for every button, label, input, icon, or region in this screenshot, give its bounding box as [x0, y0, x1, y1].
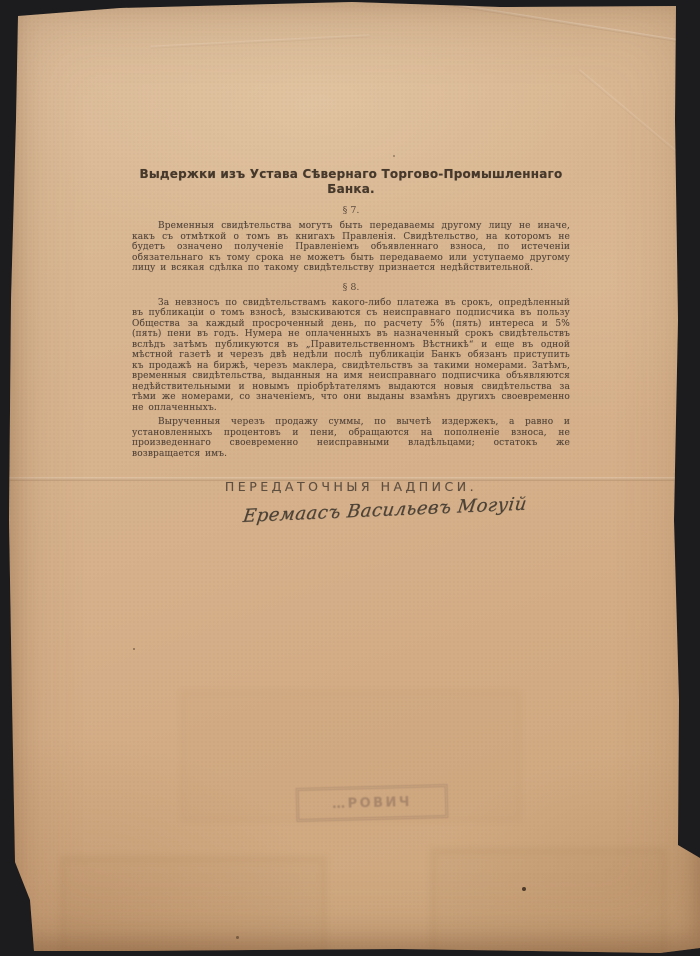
bleed-through-ghost-right	[430, 848, 667, 956]
printed-text-block: Выдержки изъ Устава Сѣвернаго Торгово-Пр…	[132, 167, 570, 494]
top-right-crease	[431, 0, 700, 47]
document-title: Выдержки изъ Устава Сѣвернаго Торгово-Пр…	[132, 167, 570, 197]
section-8-marker: § 8.	[132, 282, 570, 293]
section-7-marker: § 7.	[132, 205, 570, 216]
scan-background: Выдержки изъ Устава Сѣвернаго Торгово-Пр…	[0, 0, 700, 956]
faded-ink-stamp: …РОВИЧ	[296, 784, 449, 822]
section-7-text: Временныя свидѣтельства могутъ быть пере…	[132, 221, 570, 274]
section-8-paragraph-2: Вырученныя черезъ продажу суммы, по выче…	[132, 417, 570, 459]
ink-speck	[133, 648, 135, 650]
right-edge-crease	[578, 69, 700, 174]
handwritten-signature: Еремаасъ Васильевъ Могуій	[242, 494, 515, 527]
document-paper: Выдержки изъ Устава Сѣвернаго Торгово-Пр…	[0, 0, 700, 956]
top-left-crease	[150, 34, 370, 49]
transfer-endorsements-heading: ПЕРЕДАТОЧНЫЯ НАДПИСИ.	[132, 479, 570, 494]
ink-speck	[393, 155, 395, 157]
ink-speck	[522, 887, 526, 891]
stamp-text: …РОВИЧ	[332, 794, 412, 811]
section-8-paragraph-1: За невзносъ по свидѣтельствамъ какого-ли…	[132, 298, 570, 414]
bleed-through-ghost-left	[60, 856, 327, 956]
ink-speck	[236, 936, 239, 939]
